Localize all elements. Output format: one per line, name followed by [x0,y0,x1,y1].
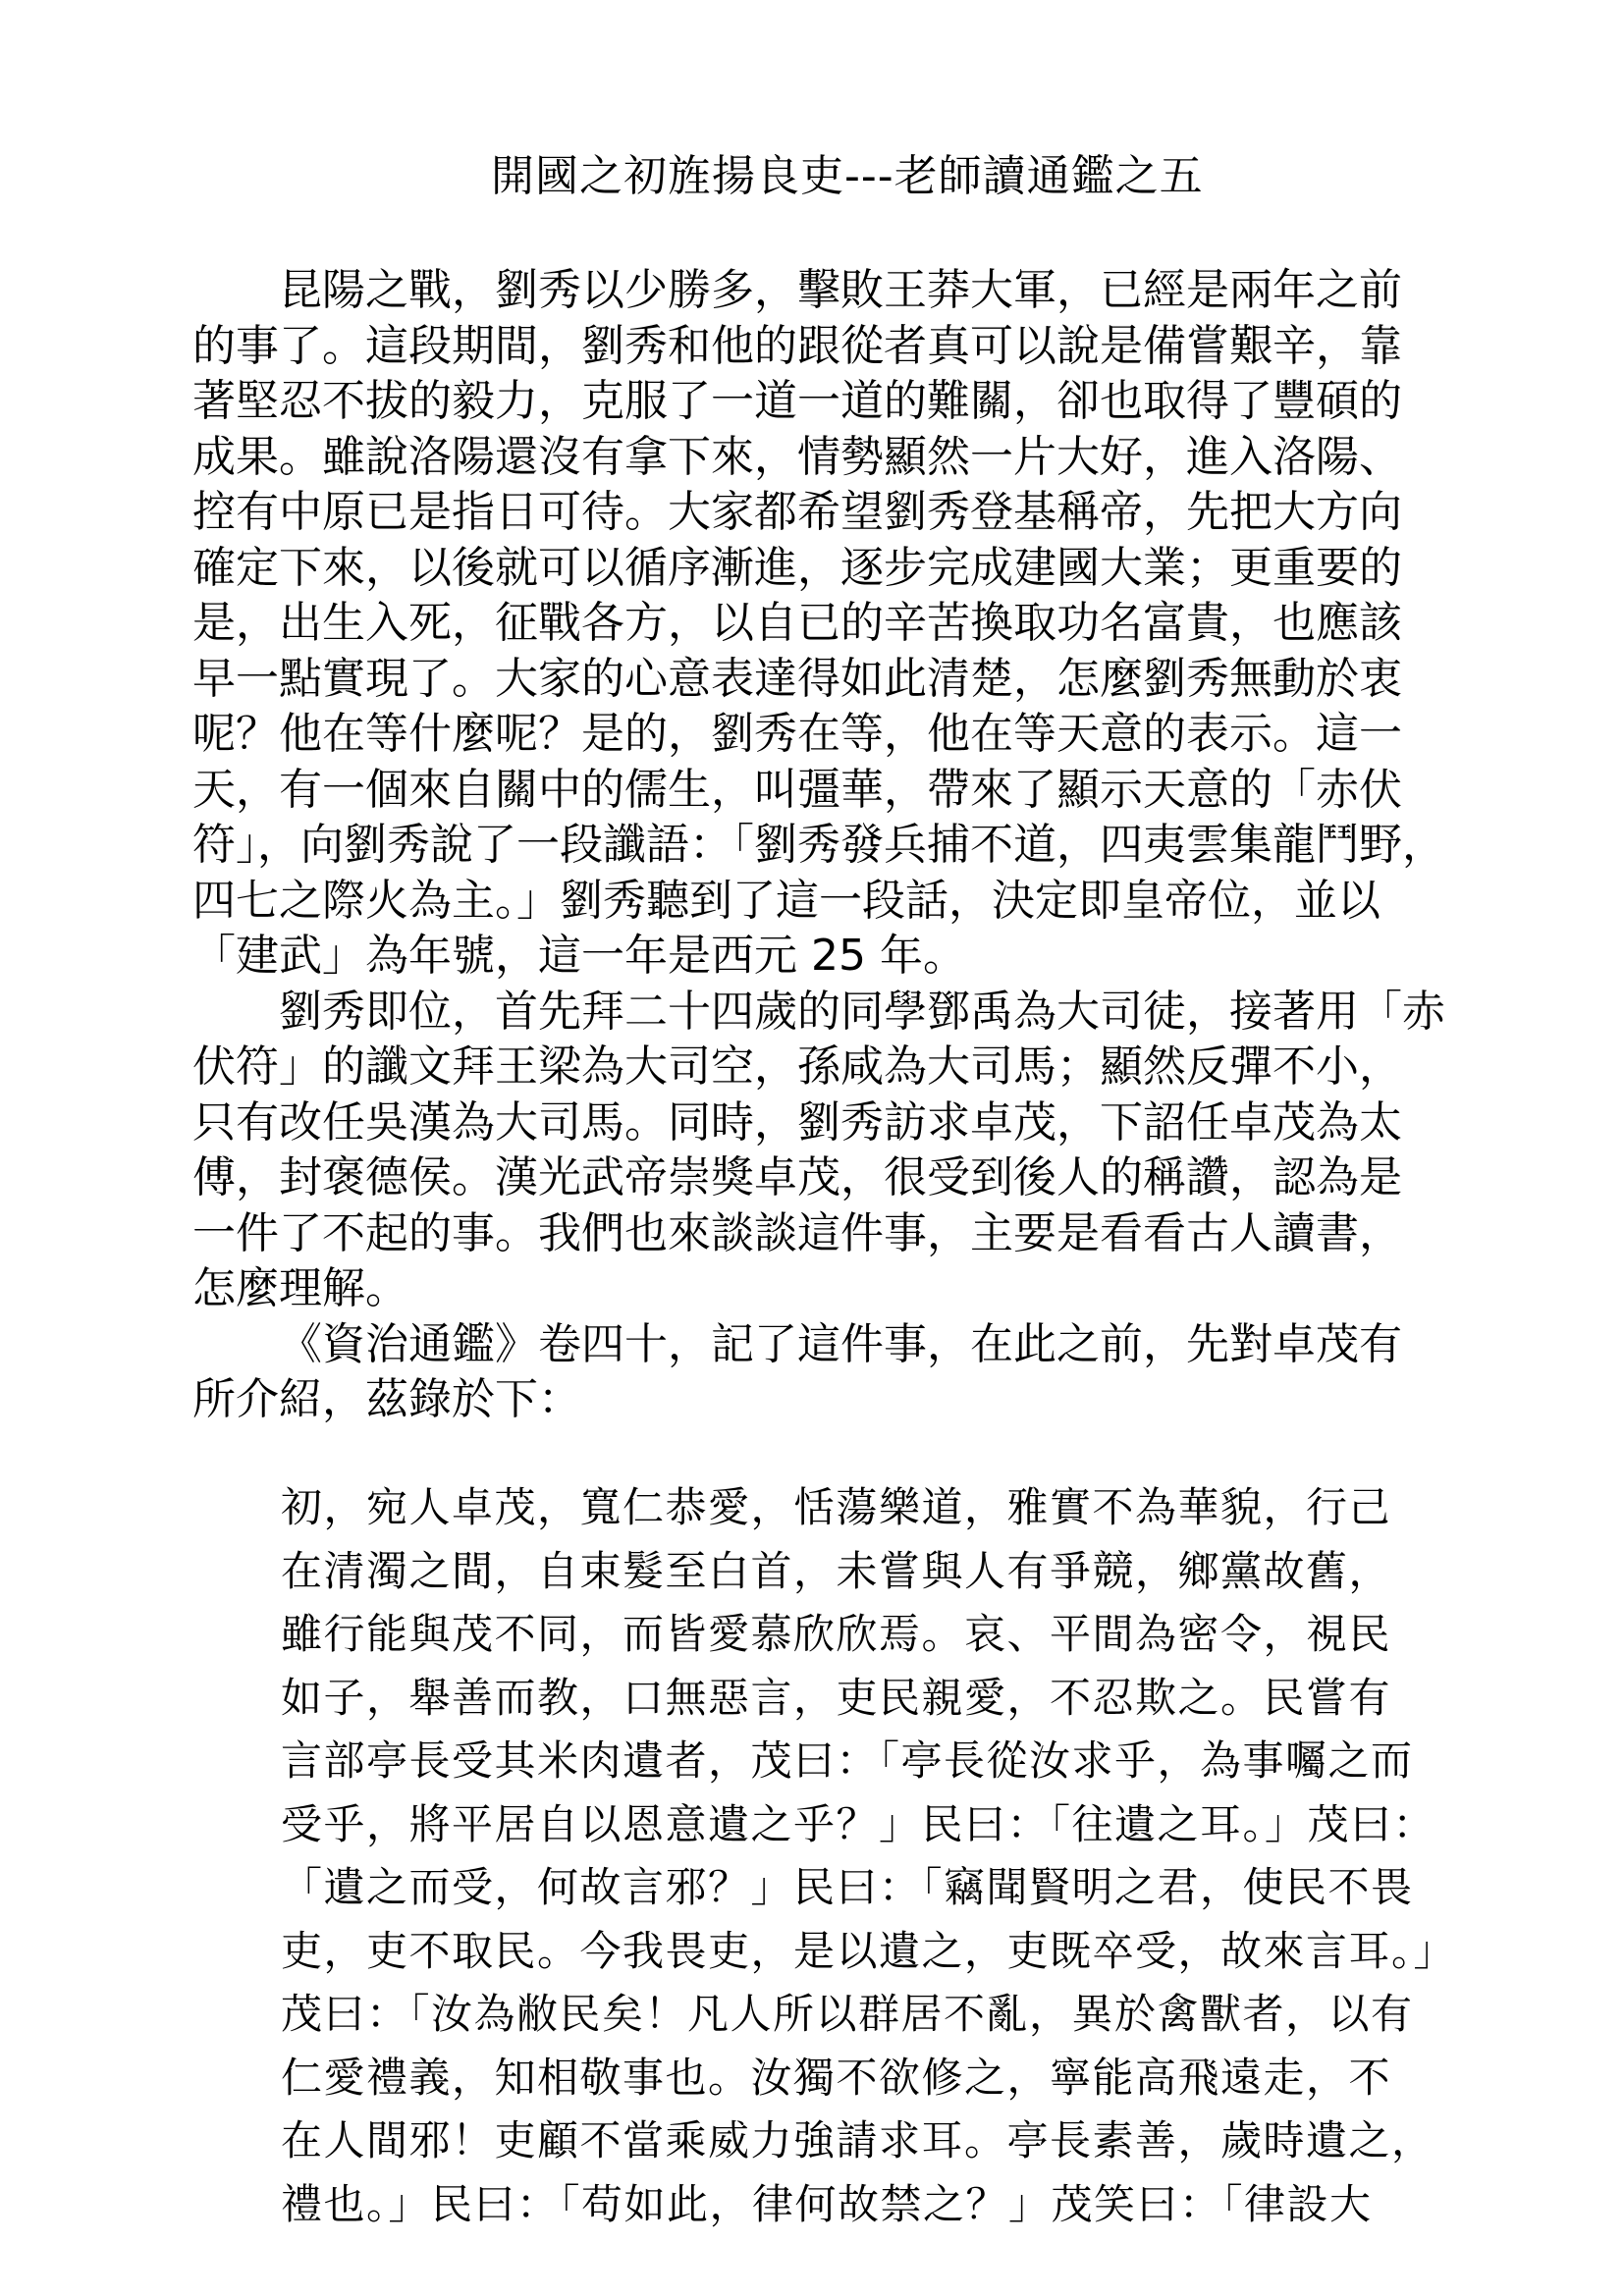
quote-line: 禮也。」民曰：「苟如此，律何故禁之？」茂笑曰：「律設大 [281,2173,1439,2237]
quote-line: 仁愛禮義，知相敬事也。汝獨不欲修之，寧能高飛遠走，不 [281,2047,1439,2110]
document-title: 開國之初旌揚良吏---老師讀通鑑之五 [491,147,1237,206]
text-line: 《資治通鑑》卷四十，記了這件事，在此之前，先對卓茂有 [192,1317,1439,1373]
quote-line: 初，宛人卓茂，寬仁恭愛，恬蕩樂道，雅實不為華貌，行己 [281,1476,1439,1540]
text-line: 怎麼理解。 [192,1261,1439,1317]
paragraph-3: 《資治通鑑》卷四十，記了這件事，在此之前，先對卓茂有 所介紹，茲錄於下： [192,1317,1439,1428]
text-line: 天，有一個來自關中的儒生，叫彊華，帶來了顯示天意的「赤伏 [192,763,1439,819]
text-line: 伏符」的讖文拜王梁為大司空，孫咸為大司馬；顯然反彈不小， [192,1040,1439,1095]
quote-line: 茂曰：「汝為敝民矣！凡人所以群居不亂，異於禽獸者，以有 [281,1983,1439,2047]
text-line: 控有中原已是指日可待。大家都希望劉秀登基稱帝，先把大方向 [192,485,1439,541]
text-line: 是，出生入死，征戰各方，以自已的辛苦換取功名富貴，也應該 [192,596,1439,652]
text-line: 「建武」為年號，這一年是西元 25 年。 [192,929,1439,985]
document-page: 開國之初旌揚良吏---老師讀通鑑之五 昆陽之戰，劉秀以少勝多，擊敗王莽大軍，已經… [0,0,1624,2296]
body-text: 昆陽之戰，劉秀以少勝多，擊敗王莽大軍，已經是兩年之前 的事了。這段期間，劉秀和他… [192,263,1439,1428]
text-line: 劉秀即位，首先拜二十四歲的同學鄧禹為大司徒，接著用「赤 [192,985,1439,1041]
paragraph-1: 昆陽之戰，劉秀以少勝多，擊敗王莽大軍，已經是兩年之前 的事了。這段期間，劉秀和他… [192,263,1439,985]
text-line: 著堅忍不拔的毅力，克服了一道一道的難關，卻也取得了豐碩的 [192,374,1439,430]
text-line: 一件了不起的事。我們也來談談這件事，主要是看看古人讀書， [192,1206,1439,1262]
quote-line: 雖行能與茂不同，而皆愛慕欣欣焉。哀、平間為密令，視民 [281,1603,1439,1667]
text-line: 昆陽之戰，劉秀以少勝多，擊敗王莽大軍，已經是兩年之前 [192,263,1439,319]
text-line: 符」，向劉秀說了一段讖語：「劉秀發兵捕不道，四夷雲集龍鬥野， [192,818,1439,874]
text-line: 傅，封褒德侯。漢光武帝崇獎卓茂，很受到後人的稱讚，認為是 [192,1150,1439,1206]
quote-line: 在清濁之間，自束髮至白首，未嘗與人有爭競，鄉黨故舊， [281,1540,1439,1604]
text-line: 所介紹，茲錄於下： [192,1372,1439,1428]
text-line: 早一點實現了。大家的心意表達得如此清楚，怎麼劉秀無動於衷 [192,652,1439,708]
block-quote: 初，宛人卓茂，寬仁恭愛，恬蕩樂道，雅實不為華貌，行己 在清濁之間，自束髮至白首，… [281,1476,1439,2236]
quote-line: 如子，舉善而教，口無惡言，吏民親愛，不忍欺之。民嘗有 [281,1667,1439,1731]
text-line: 確定下來，以後就可以循序漸進，逐步完成建國大業；更重要的 [192,541,1439,597]
quote-line: 言部亭長受其米肉遺者，茂曰：「亭長從汝求乎，為事囑之而 [281,1730,1439,1793]
quote-line: 在人間邪！吏顧不當乘威力強請求耳。亭長素善，歲時遺之， [281,2109,1439,2173]
text-line: 四七之際火為主。」劉秀聽到了這一段話，決定即皇帝位，並以 [192,874,1439,930]
text-line: 呢？他在等什麼呢？是的，劉秀在等，他在等天意的表示。這一 [192,707,1439,763]
paragraph-2: 劉秀即位，首先拜二十四歲的同學鄧禹為大司徒，接著用「赤 伏符」的讖文拜王梁為大司… [192,985,1439,1317]
text-line: 只有改任吳漢為大司馬。同時，劉秀訪求卓茂，下詔任卓茂為太 [192,1095,1439,1151]
quote-line: 吏，吏不取民。今我畏吏，是以遺之，吏既卒受，故來言耳。」 [281,1920,1439,1984]
text-line: 成果。雖說洛陽還沒有拿下來，情勢顯然一片大好，進入洛陽、 [192,430,1439,486]
text-line: 的事了。這段期間，劉秀和他的跟從者真可以說是備嘗艱辛，靠 [192,319,1439,375]
quote-line: 「遺之而受，何故言邪？」民曰：「竊聞賢明之君，使民不畏 [281,1856,1439,1920]
quote-line: 受乎，將平居自以恩意遺之乎？」民曰：「往遺之耳。」茂曰： [281,1793,1439,1857]
